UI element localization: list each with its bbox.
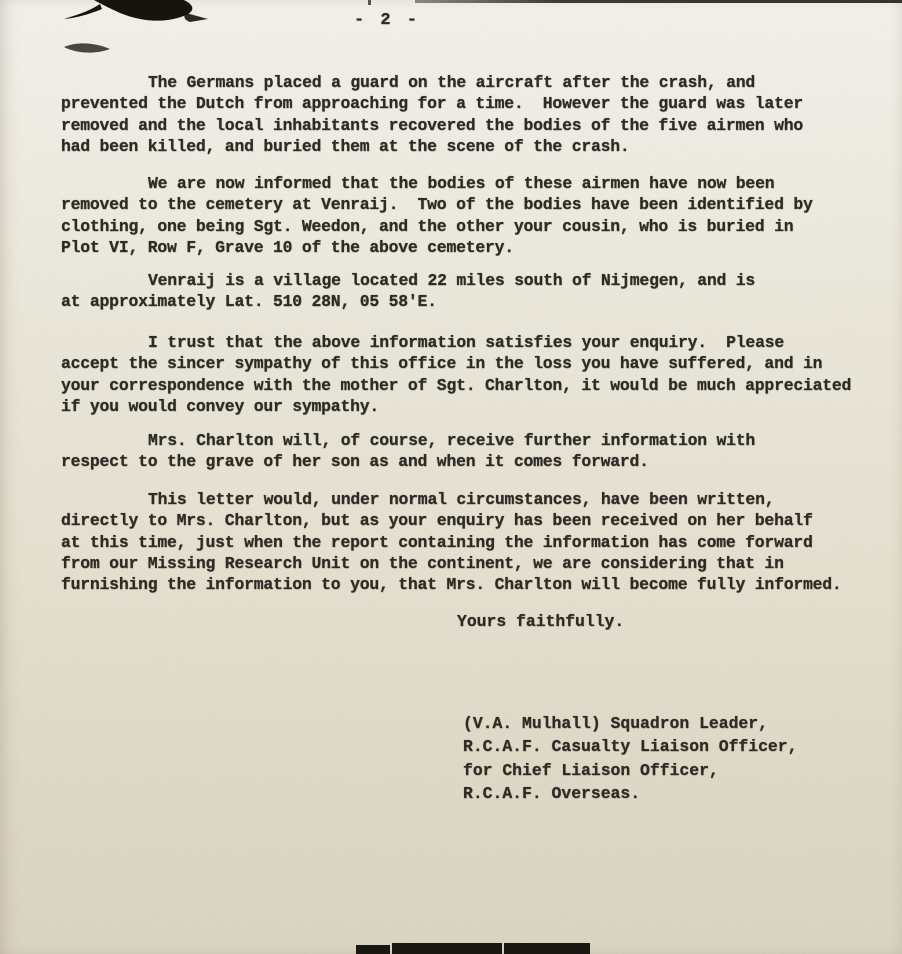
paragraph-mrs-charlton: Mrs. Charlton will, of course, receive f…: [61, 430, 755, 473]
scan-edge-line: [415, 0, 902, 3]
paragraph-bodies-removed: We are now informed that the bodies of t…: [61, 173, 813, 258]
signature-block: (V.A. Mulhall) Squadron Leader, R.C.A.F.…: [463, 712, 797, 806]
letter-page: - 2 - The Germans placed a guard on the …: [0, 0, 902, 954]
paragraph-sympathy: I trust that the above information satis…: [61, 332, 851, 417]
paragraph-letter-circumstances: This letter would, under normal circumst…: [61, 489, 842, 595]
scan-bottom-bar: [504, 943, 590, 954]
ink-blot-artifact: [56, 0, 251, 62]
page-number: - 2 -: [354, 11, 420, 30]
closing-salutation: Yours faithfully.: [457, 612, 624, 631]
scan-speck: [368, 0, 371, 5]
scan-bottom-bar: [392, 943, 502, 954]
paragraph-venraij-location: Venraij is a village located 22 miles so…: [61, 270, 755, 313]
paragraph-germans-guard: The Germans placed a guard on the aircra…: [61, 72, 803, 157]
scan-bottom-bar: [356, 945, 390, 954]
